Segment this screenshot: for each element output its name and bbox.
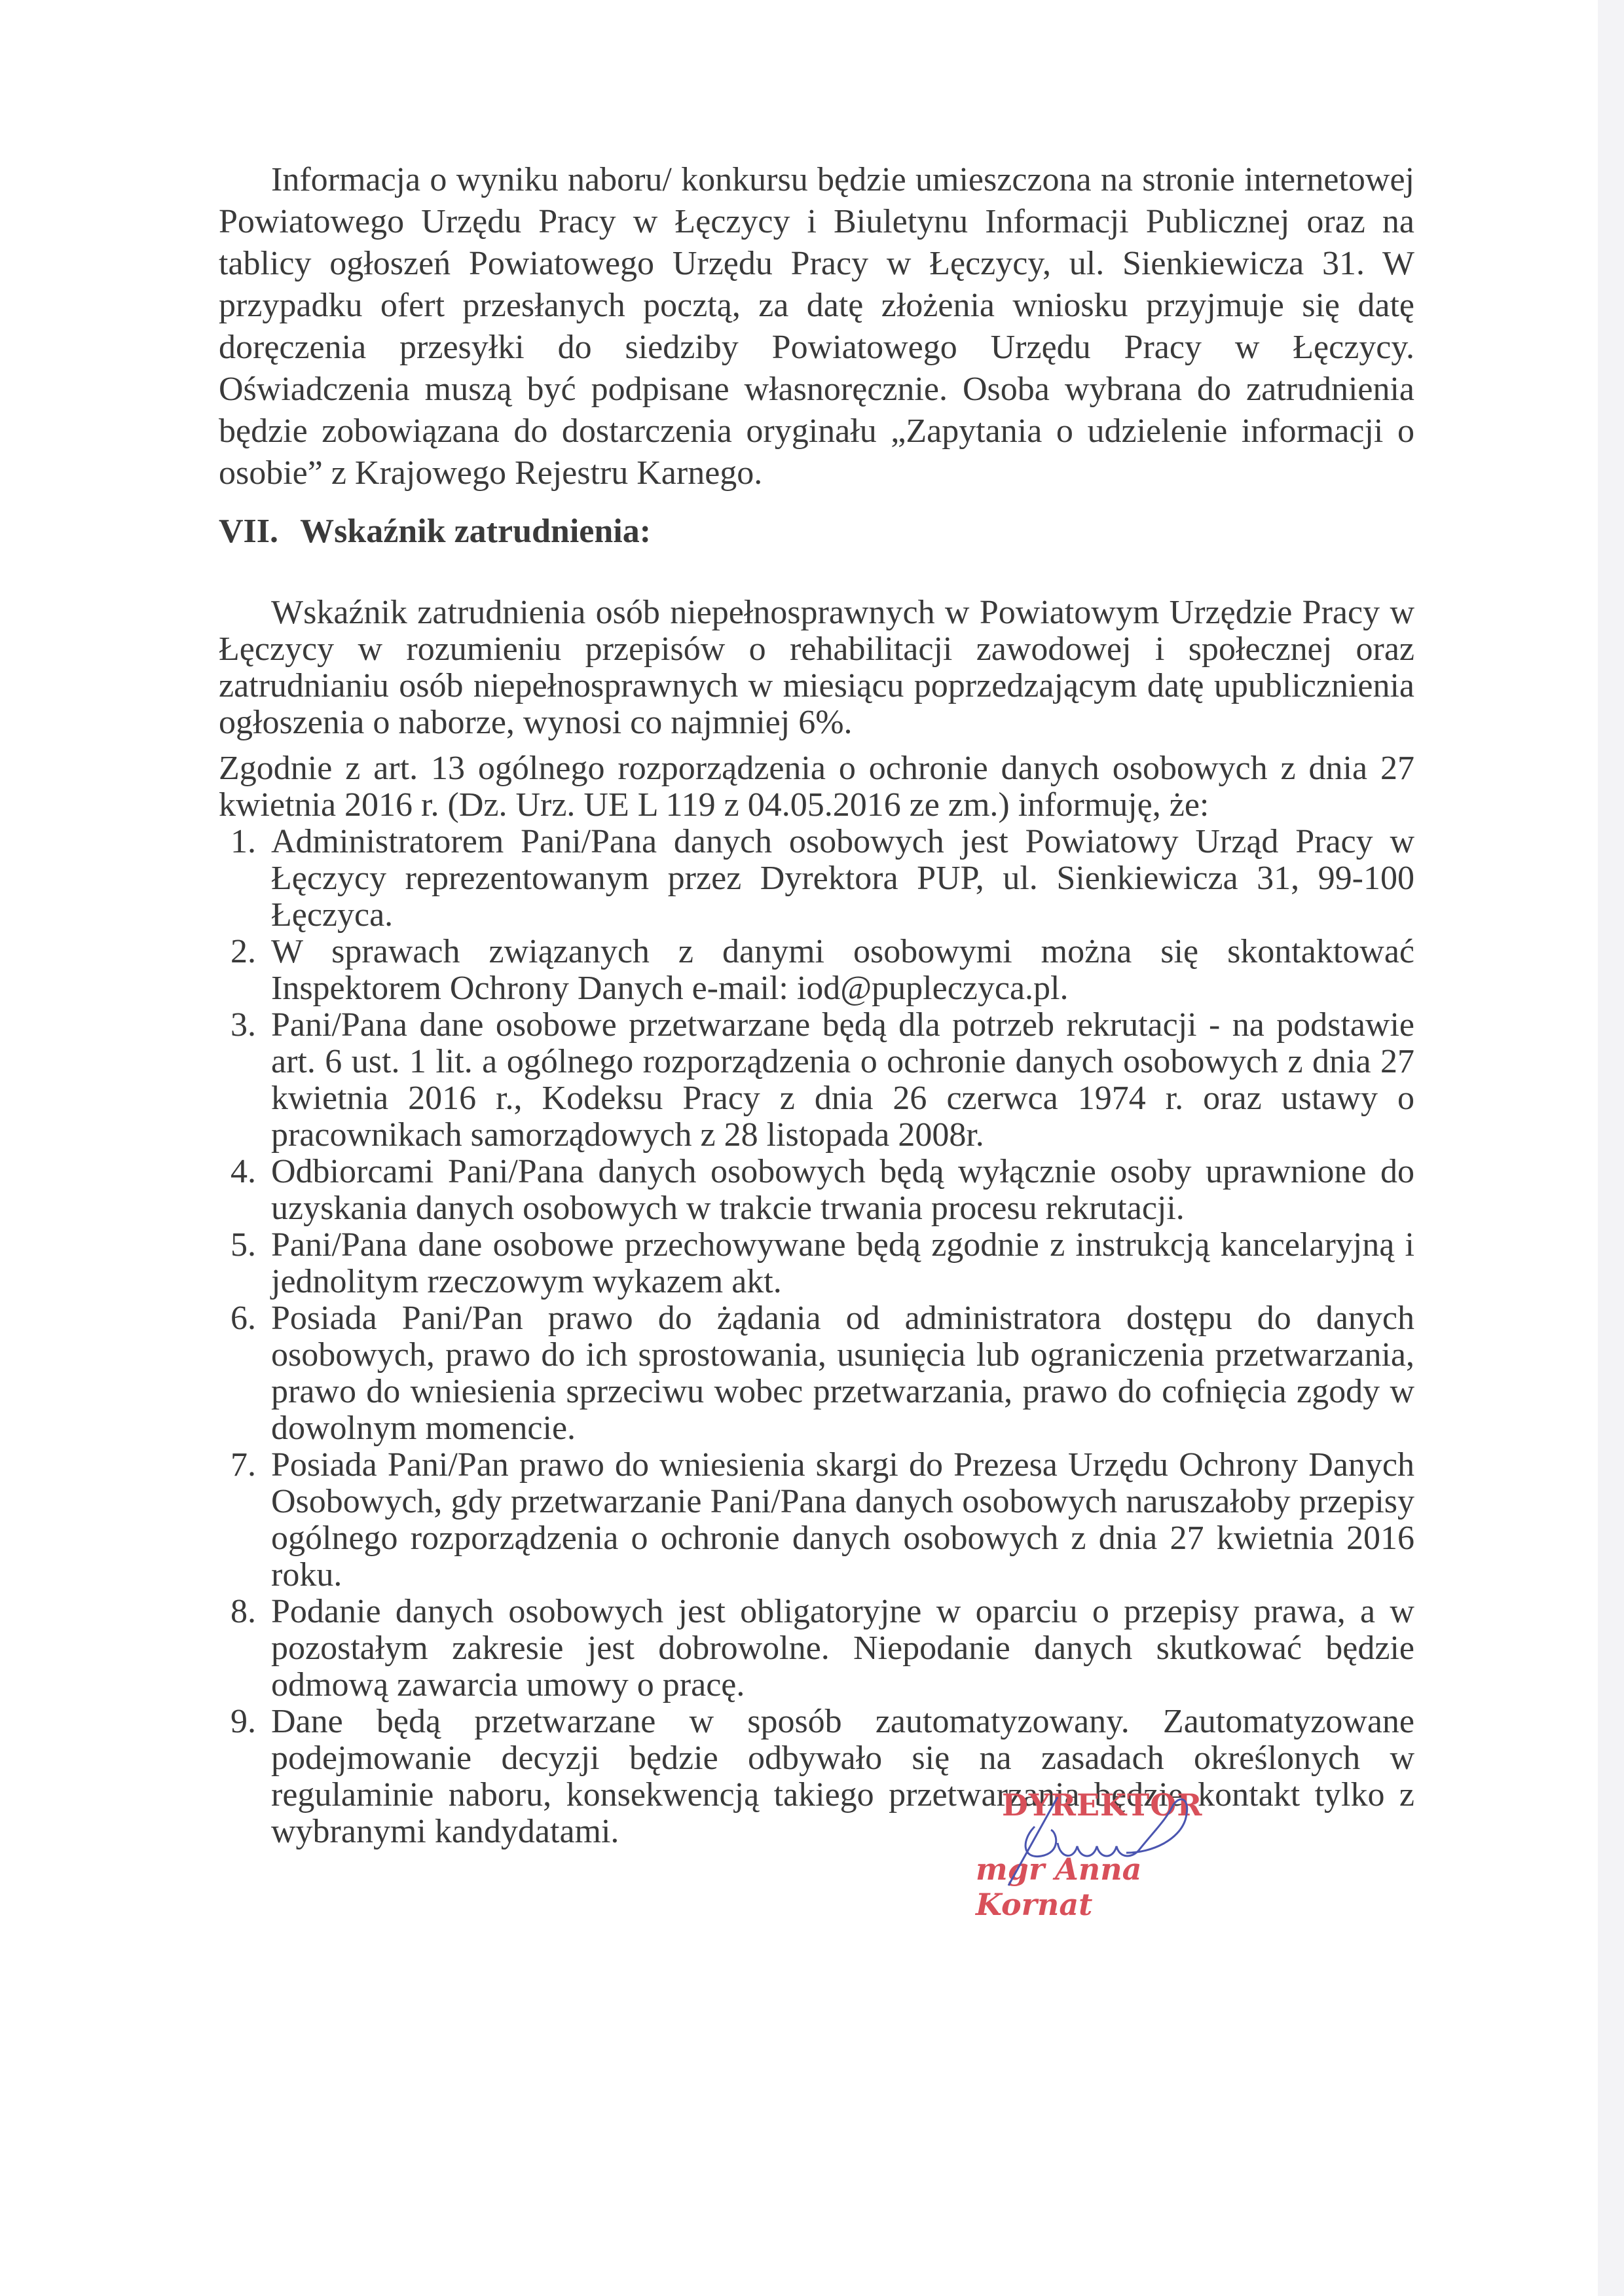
scan-edge <box>1598 0 1624 2296</box>
item-text: Pani/Pana dane osobowe przetwarzane będą… <box>271 1006 1414 1154</box>
gdpr-list: 1.Administratorem Pani/Pana danych osobo… <box>219 824 1414 1850</box>
document-page: Informacja o wyniku naboru/ konkursu będ… <box>0 0 1624 2296</box>
item-number: 7. <box>231 1447 256 1484</box>
gdpr-intro: Zgodnie z art. 13 ogólnego rozporządzeni… <box>219 750 1414 824</box>
gdpr-section: Zgodnie z art. 13 ogólnego rozporządzeni… <box>219 750 1414 1850</box>
intro-text: Informacja o wyniku naboru/ konkursu będ… <box>219 159 1414 494</box>
item-text: Posiada Pani/Pan prawo do żądania od adm… <box>271 1300 1414 1447</box>
indicator-text: Wskaźnik zatrudnienia osób niepełnospraw… <box>219 594 1414 741</box>
gdpr-item: 4.Odbiorcami Pani/Pana danych osobowych … <box>219 1154 1414 1227</box>
item-number: 3. <box>231 1007 256 1044</box>
gdpr-item: 2.W sprawach związanych z danymi osobowy… <box>219 934 1414 1007</box>
director-stamp: DYREKTOR mgr Anna Kornat <box>956 1768 1257 1899</box>
gdpr-item: 7.Posiada Pani/Pan prawo do wniesienia s… <box>219 1447 1414 1594</box>
item-text: Posiada Pani/Pan prawo do wniesienia ska… <box>271 1446 1414 1594</box>
item-number: 2. <box>231 934 256 970</box>
indicator-paragraph: Wskaźnik zatrudnienia osób niepełnospraw… <box>219 594 1414 741</box>
item-text: Pani/Pana dane osobowe przechowywane będ… <box>271 1226 1414 1300</box>
section-title: Wskaźnik zatrudnienia: <box>300 513 651 550</box>
item-text: Administratorem Pani/Pana danych osobowy… <box>271 823 1414 934</box>
gdpr-item: 6.Posiada Pani/Pan prawo do żądania od a… <box>219 1300 1414 1447</box>
item-number: 1. <box>231 824 256 860</box>
item-text: Odbiorcami Pani/Pana danych osobowych bę… <box>271 1153 1414 1227</box>
section-number: VII. <box>219 512 292 551</box>
handwritten-signature-icon <box>995 1781 1211 1892</box>
item-number: 8. <box>231 1594 256 1630</box>
item-number: 9. <box>231 1704 256 1740</box>
item-text: Podanie danych osobowych jest obligatory… <box>271 1593 1414 1704</box>
item-text: W sprawach związanych z danymi osobowymi… <box>271 933 1414 1007</box>
intro-paragraph: Informacja o wyniku naboru/ konkursu będ… <box>219 159 1414 494</box>
gdpr-item: 3.Pani/Pana dane osobowe przetwarzane bę… <box>219 1007 1414 1154</box>
item-number: 4. <box>231 1154 256 1190</box>
gdpr-item: 1.Administratorem Pani/Pana danych osobo… <box>219 824 1414 934</box>
gdpr-item: 5.Pani/Pana dane osobowe przechowywane b… <box>219 1227 1414 1300</box>
item-number: 5. <box>231 1227 256 1264</box>
section-heading: VII. Wskaźnik zatrudnienia: <box>219 512 651 551</box>
gdpr-item: 8.Podanie danych osobowych jest obligato… <box>219 1594 1414 1704</box>
item-number: 6. <box>231 1300 256 1337</box>
